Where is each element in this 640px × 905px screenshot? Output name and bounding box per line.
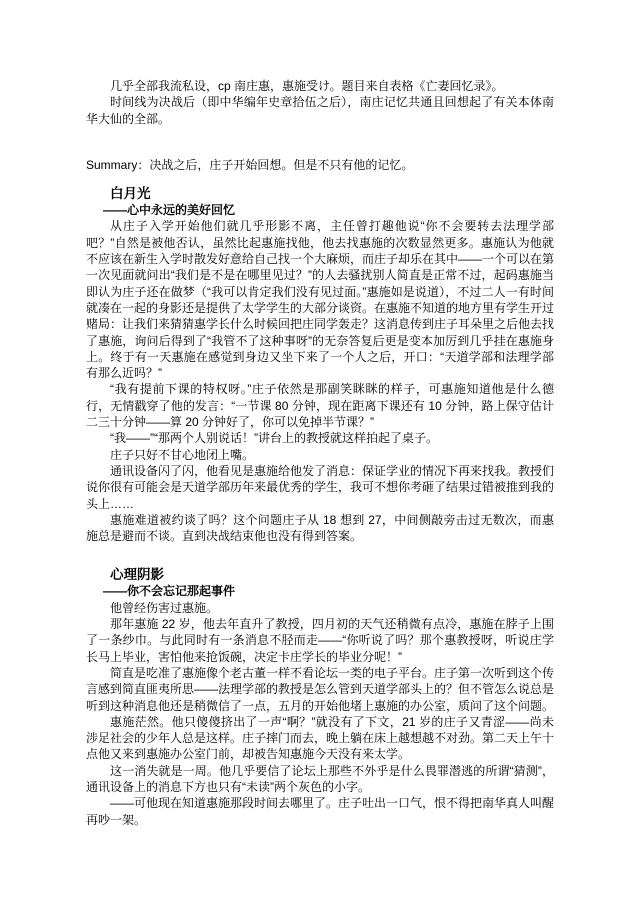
paragraph: 那年惠施 22 岁，他去年直升了教授，四月初的天气还稍微有点冷，惠施在脖子上围了…: [86, 616, 554, 665]
paragraph: 惠施茫然。他只傻傻挤出了一声“啊？”就没有了下文，21 岁的庄子又青涩——尚未涉…: [86, 714, 554, 763]
paragraph: “我——”“那两个人别说话！”讲台上的教授就这样拍起了桌子。: [86, 430, 554, 446]
paragraph: 从庄子入学开始他们就几乎形影不离，主任曾打趣他说“你不会要转去法理学部吧？”自然…: [86, 218, 554, 381]
story-section: 心理阴影——你不会忘记那起事件他曾经伤害过惠施。那年惠施 22 岁，他去年直升了…: [86, 566, 554, 827]
intro-paragraph: 时间线为决战后（即中华编年史章拾伍之后），南庄记忆共通且回想起了有关本体南华大仙…: [86, 94, 554, 127]
story-section: 白月光——心中永远的美好回忆从庄子入学开始他们就几乎形影不离，主任曾打趣他说“你…: [86, 185, 554, 544]
paragraph: 这一消失就是一周。他几乎要信了论坛上那些不外乎是什么畏罪潜逃的所谓“猜测”，通讯…: [86, 763, 554, 796]
paragraph: 庄子只好不甘心地闭上嘴。: [86, 447, 554, 463]
intro-paragraph: 几乎全部我流私设，cp 南庄惠，惠施受け。题目来自表格《亡妻回忆录》。: [86, 78, 554, 94]
paragraph: 简直是吃准了惠施像个老古董一样不看论坛一类的电子平台。庄子第一次听到这个传言感到…: [86, 665, 554, 714]
paragraph: 通讯设备闪了闪，他看见是惠施给他发了消息：保证学业的情况下再来找我。教授们说你很…: [86, 463, 554, 512]
paragraph: “我有提前下课的特权呀。”庄子依然是那副笑眯眯的样子，可惠施知道他是什么德行，无…: [86, 381, 554, 430]
document-content: 几乎全部我流私设，cp 南庄惠，惠施受け。题目来自表格《亡妻回忆录》。时间线为决…: [86, 78, 554, 828]
section-subtitle: ——你不会忘记那起事件: [86, 583, 554, 599]
section-title: 心理阴影: [86, 566, 554, 583]
paragraph: ——可他现在知道惠施那段时间去哪里了。庄子吐出一口气，恨不得把南华真人叫醒再吵一…: [86, 795, 554, 828]
paragraph: 惠施难道被约谈了吗？这个问题庄子从 18 想到 27，中间侧敲旁击过无数次，而惠…: [86, 512, 554, 545]
paragraph: 他曾经伤害过惠施。: [86, 600, 554, 616]
section-subtitle: ——心中永远的美好回忆: [86, 202, 554, 218]
document-page: 几乎全部我流私设，cp 南庄惠，惠施受け。题目来自表格《亡妻回忆录》。时间线为决…: [0, 0, 640, 905]
section-title: 白月光: [86, 185, 554, 202]
summary-line: Summary：决战之后，庄子开始回想。但是不只有他的记忆。: [86, 157, 554, 173]
